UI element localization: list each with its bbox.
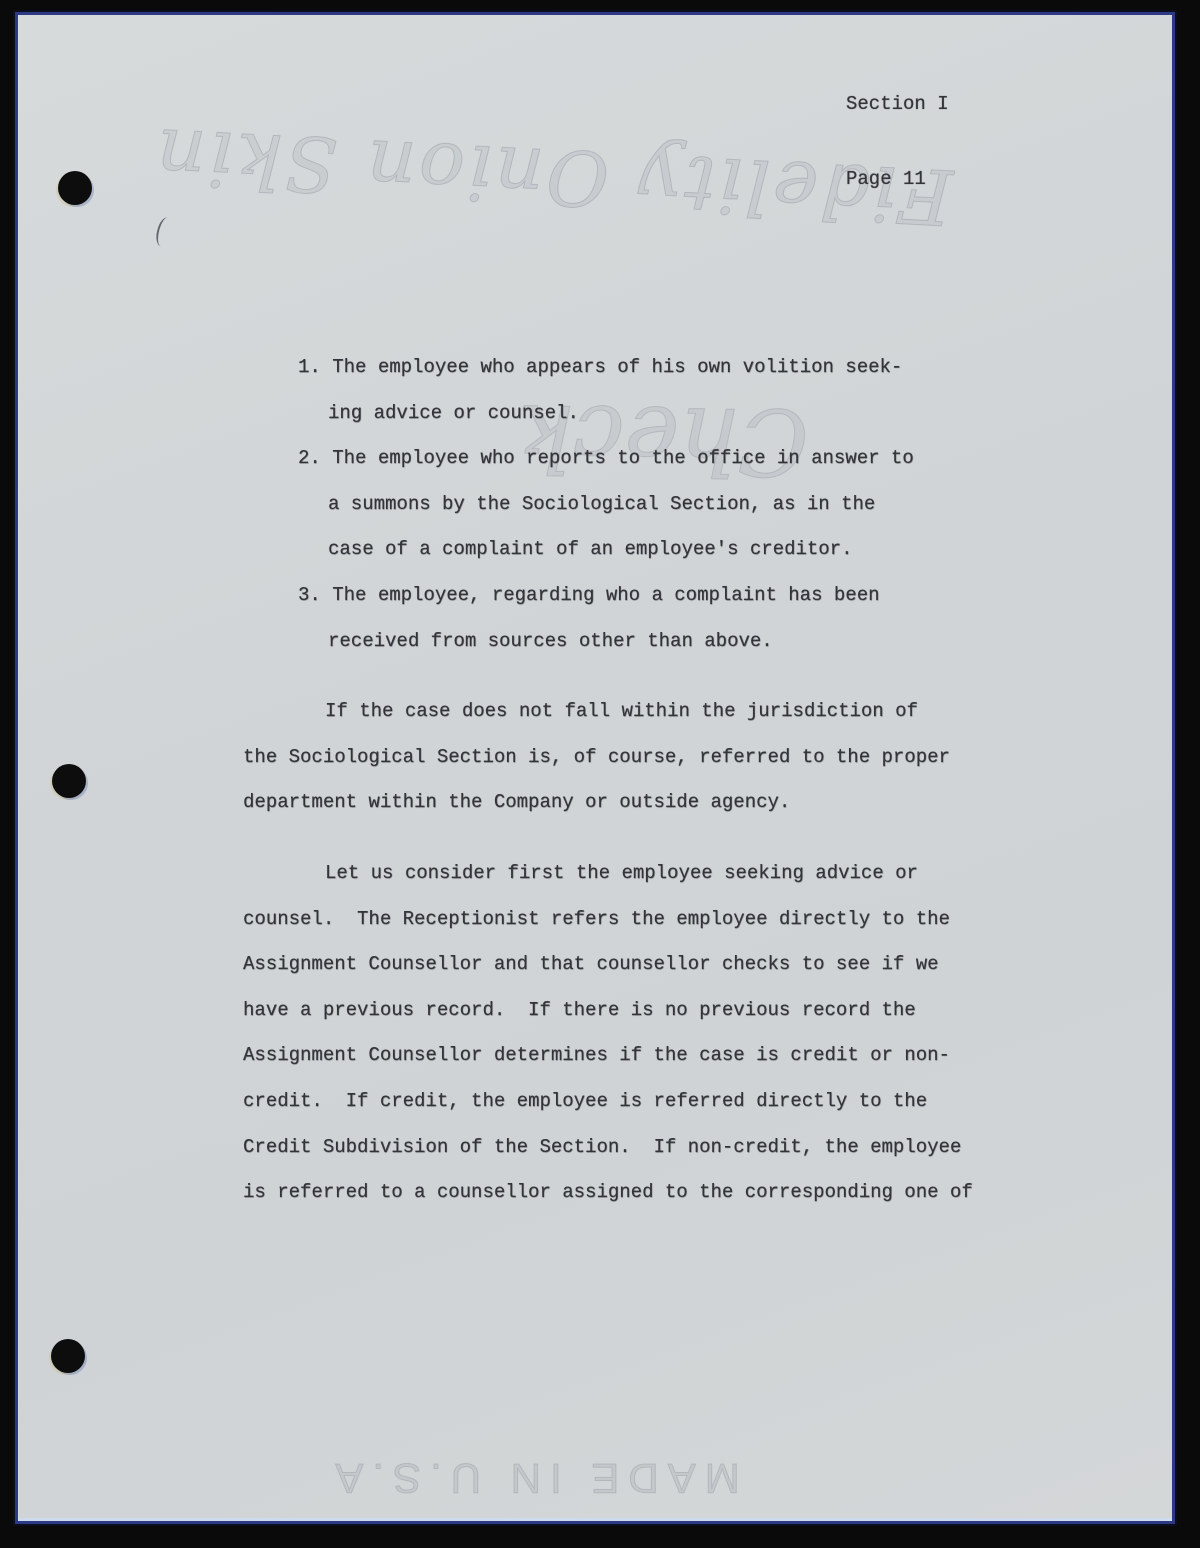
typewritten-line: case of a complaint of an employee's cre… [18,527,1172,573]
hole-punch [52,764,86,798]
typewritten-line: ing advice or counsel. [18,391,1172,437]
section-label: Section I [846,92,949,117]
typewritten-line: is referred to a counsellor assigned to … [18,1170,1172,1216]
pen-mark [154,216,176,249]
typewritten-line: 2. The employee who reports to the offic… [18,436,1172,482]
scanned-page: Fidelity Onion Skin Check MADE IN U.S.A … [15,12,1175,1524]
body-text: 1. The employee who appears of his own v… [18,345,1172,1216]
typewritten-line: Credit Subdivision of the Section. If no… [18,1125,1172,1171]
typewritten-line: counsel. The Receptionist refers the emp… [18,897,1172,943]
page-header: Section I Page 11 [846,42,949,242]
typewritten-line: Assignment Counsellor determines if the … [18,1033,1172,1079]
typewritten-line: the Sociological Section is, of course, … [18,735,1172,781]
made-in-usa-watermark-text: MADE IN U.S.A [326,1454,739,1502]
hole-punch [51,1339,85,1373]
typewritten-line: credit. If credit, the employee is refer… [18,1079,1172,1125]
typewritten-line: have a previous record. If there is no p… [18,988,1172,1034]
paper-brand-watermark-text: Fidelity Onion Skin [151,112,954,243]
typewritten-line: a summons by the Sociological Section, a… [18,482,1172,528]
paper-brand-watermark: Fidelity Onion Skin [153,56,952,297]
made-in-usa-watermark: MADE IN U.S.A [303,1443,763,1513]
typewritten-line: 1. The employee who appears of his own v… [18,345,1172,391]
typewritten-line: Assignment Counsellor and that counsello… [18,942,1172,988]
typewritten-line: department within the Company or outside… [18,780,1172,826]
typewritten-line: Let us consider first the employee seeki… [18,851,1172,897]
typewritten-line: If the case does not fall within the jur… [18,689,1172,735]
hole-punch [58,171,92,205]
typewritten-line: 3. The employee, regarding who a complai… [18,573,1172,619]
page-number-label: Page 11 [846,167,949,192]
typewritten-line: received from sources other than above. [18,619,1172,665]
scan-background: { "document": { "header": { "section": "… [0,0,1200,1548]
